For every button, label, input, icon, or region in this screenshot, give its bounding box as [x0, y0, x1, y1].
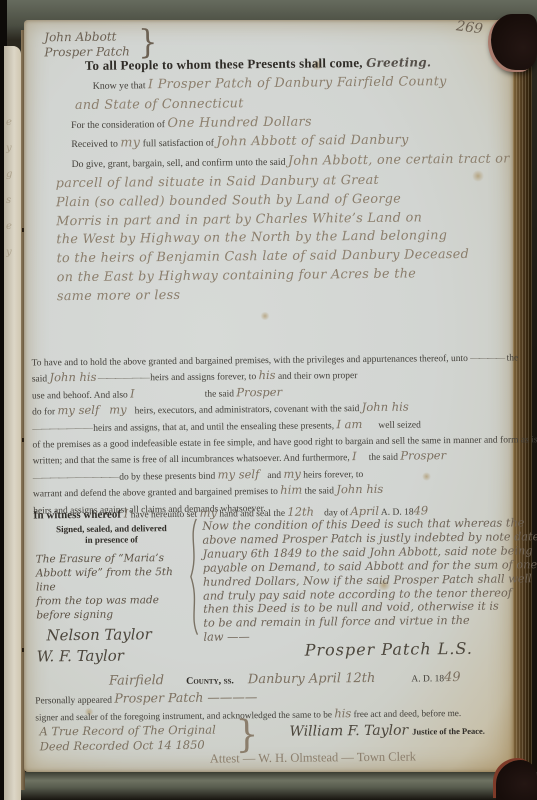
justice-signature-block: William F. Taylor Justice of the Peace.: [289, 721, 485, 741]
justice-title: Justice of the Peace.: [412, 726, 485, 737]
handwritten-text: my: [283, 467, 301, 481]
handwritten-text: parcell of land situate in Said Danbury …: [56, 173, 379, 191]
handwritten-text: I: [130, 386, 135, 400]
handwritten-text: his: [334, 706, 351, 720]
printed-text: Received to: [71, 139, 120, 151]
attestation-printed: in presence of: [35, 533, 187, 545]
attestation-printed: Signed, sealed, and delivered: [35, 523, 187, 535]
printed-text: ——————————: [33, 472, 119, 483]
printed-text: heirs and assigns, that at, and until th…: [93, 421, 336, 434]
justice-signature: William F. Taylor: [289, 723, 408, 740]
handwritten-text: on the East by Highway containing four A…: [57, 266, 416, 285]
photographed-deed-book-page: e y g s e y John Abbott Prosper Patch } …: [0, 0, 537, 800]
witness-signature: Nelson Taylor: [36, 625, 188, 645]
printed-text: ——————: [96, 374, 150, 385]
acknowledgment-venue-line: FairfieldCounty, ss.Danbury April 12thA.…: [109, 668, 461, 690]
handwritten-text: Morris in part and in part by Charles Wh…: [56, 210, 422, 229]
deed-page: John Abbott Prosper Patch } 269 To all P…: [24, 20, 513, 772]
handwritten-text: One Hundred Dollars: [167, 114, 311, 131]
handwritten-text: John his: [49, 370, 96, 384]
handwritten-text: John Abbott, one certain tract or: [288, 152, 510, 169]
handwritten-text: Prosper Patch ————: [114, 689, 257, 705]
printed-text: ———————: [32, 423, 93, 434]
printed-text: In witness whereof: [33, 509, 124, 522]
blank-space: [135, 396, 205, 397]
printed-text: warrant and defend the above granted and…: [33, 487, 280, 500]
handwritten-text: John his: [336, 482, 383, 496]
printed-text: full satisfaction of: [140, 138, 216, 150]
printed-text: heirs, executors, and administrators, co…: [135, 404, 362, 416]
printed-text: signer and sealer of the foregoing instr…: [35, 710, 334, 723]
printed-text: heirs forever, to: [301, 470, 364, 481]
handwritten-text: my: [109, 403, 127, 417]
handwritten-text: Danbury April 12th: [248, 671, 376, 687]
handwritten-text: the West by Highway on the North by the …: [56, 228, 447, 247]
handwritten-text: April: [350, 504, 379, 518]
handwritten-text: John his: [362, 400, 409, 414]
printed-text: free act and deed, before me.: [351, 709, 461, 720]
heading-text: To all People to whom these Presents sha…: [85, 55, 363, 73]
text-line: FairfieldCounty, ss.Danbury April 12thA.…: [109, 668, 461, 690]
printed-text: use and behoof. And also: [32, 390, 130, 401]
recording-note-brace: }: [235, 713, 258, 756]
handwritten-text: my: [120, 136, 140, 151]
printed-text: ————: [470, 354, 504, 364]
printed-text: the said: [369, 453, 401, 463]
printed-text: the: [504, 353, 518, 363]
printed-text: and: [267, 471, 283, 481]
printed-text: well seized: [378, 420, 421, 430]
handwritten-text: John Abbott of said Danbury: [216, 133, 408, 150]
printed-text: do by these presents bind: [119, 471, 218, 482]
handwritten-text: my: [199, 506, 217, 520]
handwritten-text: Fairfield: [109, 673, 164, 689]
granting-clause: Know ye that I Prosper Patch of Danbury …: [47, 72, 504, 306]
handwritten-text: to be and remain in full force and virtu…: [203, 614, 469, 630]
printed-text: and their own proper: [276, 371, 358, 382]
heading-greeting: Greeting.: [366, 55, 431, 70]
printed-text: day of: [324, 508, 350, 518]
habendum-clause: To have and to hold the above granted an…: [32, 350, 509, 519]
printed-text: To have and to hold the above granted an…: [32, 354, 471, 369]
grantor-signature-seal: Prosper Patch L.S.: [305, 639, 473, 660]
handwritten-text: I am: [336, 417, 362, 431]
handwritten-text: 49: [413, 503, 428, 517]
text-line: same more or less: [49, 282, 504, 306]
column-brace: [185, 519, 200, 635]
handwritten-text: his: [258, 368, 275, 382]
handwritten-text: Prosper: [236, 385, 282, 399]
printed-text: said: [32, 375, 50, 385]
mortgage-condition-clause: Now the condition of this Deed is such t…: [202, 516, 523, 645]
handwritten-text: law ——: [203, 630, 249, 643]
printed-text: heirs and assigns forever, to: [150, 373, 258, 384]
margin-party-names: John Abbott Prosper Patch: [44, 29, 130, 60]
printed-text: A. D. 18: [411, 674, 444, 684]
printed-text: written; and that the same is free of al…: [33, 454, 353, 467]
printed-text: Personally appeared: [35, 696, 114, 707]
handwritten-text: I: [352, 450, 357, 464]
grantee-name: John Abbott: [44, 29, 130, 45]
page-number: 269: [456, 18, 485, 37]
printed-text: Do give, grant, bargain, sell, and confi…: [72, 157, 288, 170]
handwritten-text: same more or less: [57, 288, 181, 304]
handwritten-text: I Prosper Patch of Danbury Fairfield Cou…: [148, 74, 447, 92]
finger-holding-page-top: [491, 14, 537, 70]
printed-text: the said: [302, 487, 336, 497]
witness-signature: W. F. Taylor: [37, 646, 189, 666]
town-clerk-attest-line: Attest — W. H. Olmstead — Town Clerk: [210, 749, 416, 766]
handwritten-text: Prosper: [400, 449, 446, 463]
printed-text: For the consideration of: [71, 119, 167, 131]
handwritten-text: my self: [218, 467, 260, 481]
handwritten-text: 49: [444, 670, 461, 685]
background-bottom: [0, 772, 537, 800]
printed-text: A. D. 18: [379, 507, 414, 517]
handwritten-text: to the heirs of Benjamin Cash late of sa…: [56, 247, 469, 266]
page-content: John Abbott Prosper Patch } 269 To all P…: [20, 17, 517, 774]
handwritten-text: and State of Connecticut: [75, 96, 244, 113]
handwritten-text: my self: [57, 403, 99, 417]
handwritten-text: him: [280, 483, 302, 497]
handwritten-text: Plain (so called) bounded South by Land …: [56, 191, 401, 210]
recording-note: A True Record of The Original Deed Recor…: [39, 723, 216, 755]
handwritten-text: 12th: [287, 505, 314, 519]
printed-text: do for: [32, 407, 57, 417]
ink-showthrough: e y g s e y: [6, 110, 20, 430]
printed-text: the said: [205, 389, 237, 399]
printed-text: County, ss.: [186, 675, 234, 686]
erasure-note: The Erasure of “Maria’s Abbott wife” fro…: [36, 551, 189, 623]
printed-text: Know ye that: [93, 80, 148, 92]
attestation-block: Signed, sealed, and delivered in presenc…: [35, 523, 188, 666]
